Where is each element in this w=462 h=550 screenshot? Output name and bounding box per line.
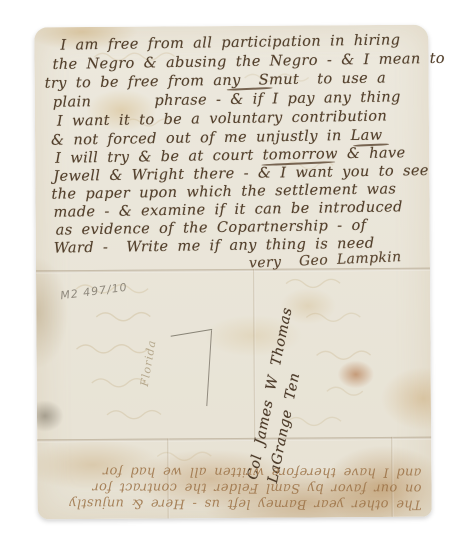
letter-photograph: I am free from all participation in hiri… bbox=[0, 0, 462, 550]
letter-paper: I am free from all participation in hiri… bbox=[34, 25, 431, 520]
fold-crease bbox=[37, 437, 431, 443]
fold-crease bbox=[253, 269, 256, 438]
inverted-footer-line: The other year Barney left us - Here & u… bbox=[50, 495, 422, 511]
faint-vertical-note: Florida bbox=[138, 339, 159, 388]
inverted-footer-line: and I have therefore written all we had … bbox=[51, 463, 421, 479]
pencil-bracket bbox=[206, 330, 212, 406]
pencil-bracket bbox=[171, 329, 213, 337]
pencil-notation: M2 497/10 bbox=[60, 281, 129, 303]
fold-crease bbox=[36, 268, 430, 274]
inverted-footer-line: on our favor by Saml Felder the contract… bbox=[47, 479, 421, 495]
